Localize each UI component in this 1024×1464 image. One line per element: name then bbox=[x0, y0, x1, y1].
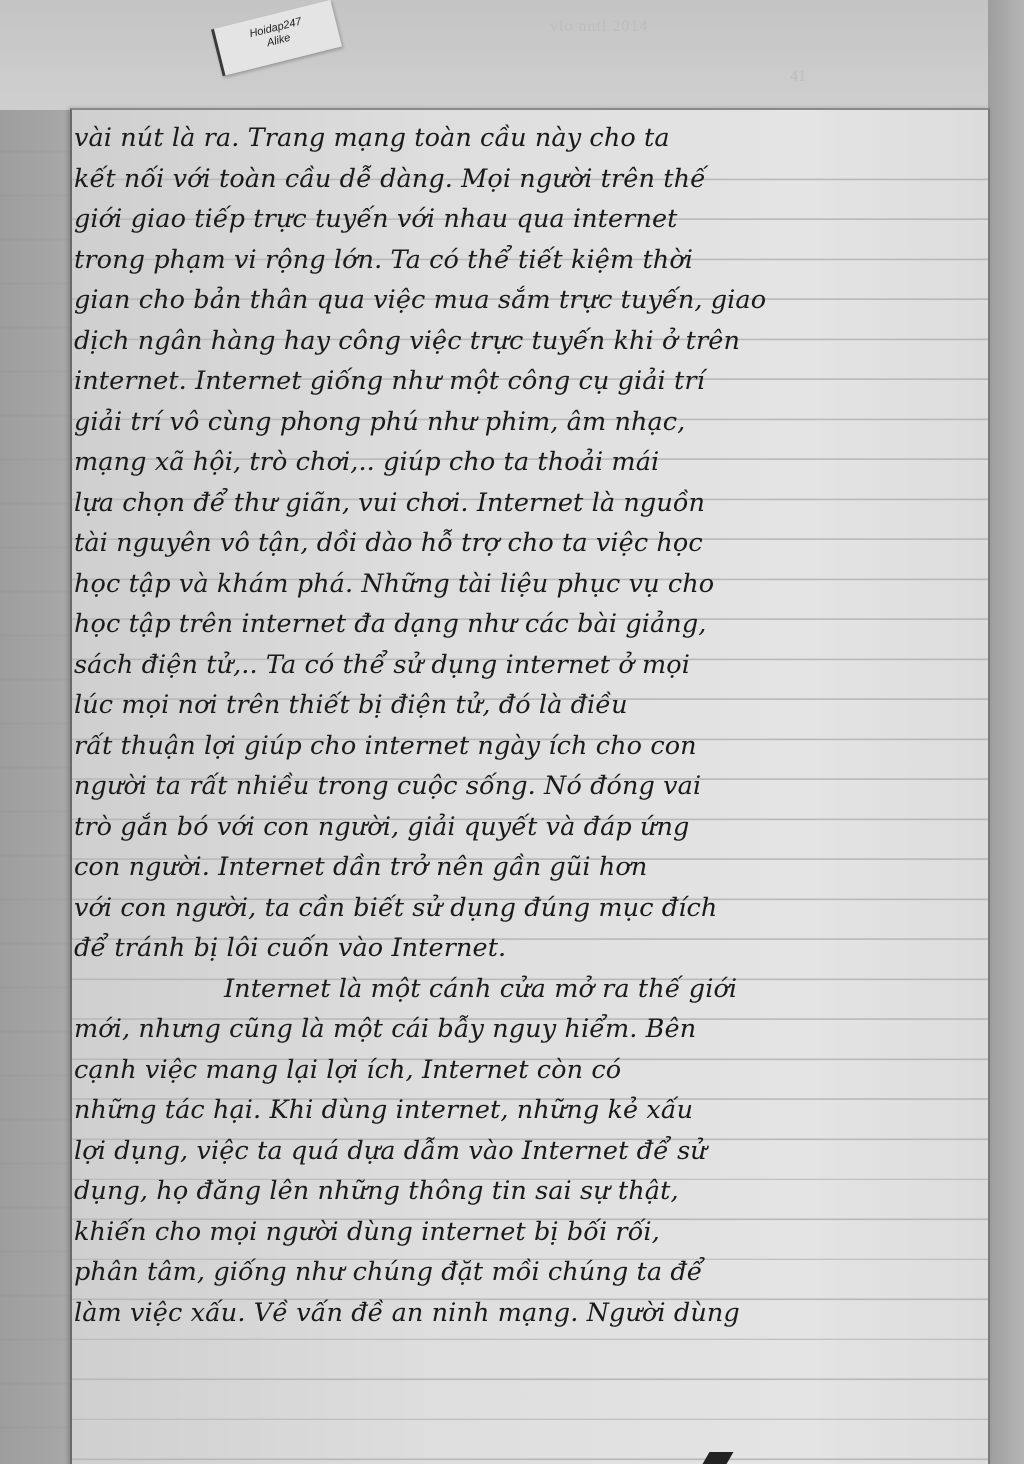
text-line: rất thuận lợi giúp cho internet ngày ích… bbox=[74, 726, 974, 767]
text-line: để tránh bị lôi cuốn vào Internet. bbox=[74, 928, 974, 969]
text-line: lựa chọn để thư giãn, vui chơi. Internet… bbox=[74, 483, 974, 524]
text-line: dịch ngân hàng hay công việc trực tuyến … bbox=[74, 321, 974, 362]
text-line: mạng xã hội, trò chơi,.. giúp cho ta tho… bbox=[74, 442, 974, 483]
handwritten-essay: vài nút là ra. Trang mạng toàn cầu này c… bbox=[74, 118, 974, 1333]
underlying-page: vlo nntl 2014 41 bbox=[0, 0, 1024, 110]
text-line: internet. Internet giống như một công cụ… bbox=[74, 361, 974, 402]
text-line: với con người, ta cần biết sử dụng đúng … bbox=[74, 888, 974, 929]
text-line: cạnh việc mang lại lợi ích, Internet còn… bbox=[74, 1050, 974, 1091]
bleed-through-text: vlo nntl 2014 bbox=[550, 18, 648, 36]
text-line: lúc mọi nơi trên thiết bị điện tử, đó là… bbox=[74, 685, 974, 726]
text-line: trong phạm vi rộng lớn. Ta có thể tiết k… bbox=[74, 240, 974, 281]
previous-page-edge bbox=[0, 110, 72, 1464]
text-line: gian cho bản thân qua việc mua sắm trực … bbox=[74, 280, 974, 321]
text-line: kết nối với toàn cầu dễ dàng. Mọi người … bbox=[74, 159, 974, 200]
next-page-edge bbox=[988, 0, 1024, 1464]
text-line: khiến cho mọi người dùng internet bị bối… bbox=[74, 1212, 974, 1253]
text-line: học tập trên internet đa dạng như các bà… bbox=[74, 604, 974, 645]
text-line: làm việc xấu. Về vấn đề an ninh mạng. Ng… bbox=[74, 1293, 974, 1334]
text-line: sách điện tử,.. Ta có thể sử dụng intern… bbox=[74, 645, 974, 686]
text-line: dụng, họ đăng lên những thông tin sai sự… bbox=[74, 1171, 974, 1212]
text-line: tài nguyên vô tận, dồi dào hỗ trợ cho ta… bbox=[74, 523, 974, 564]
text-line: lợi dụng, việc ta quá dựa dẫm vào Intern… bbox=[74, 1131, 974, 1172]
text-line: giới giao tiếp trực tuyến với nhau qua i… bbox=[74, 199, 974, 240]
bleed-through-number: 41 bbox=[790, 68, 806, 86]
text-line: phân tâm, giống như chúng đặt mồi chúng … bbox=[74, 1252, 974, 1293]
text-line: vài nút là ra. Trang mạng toàn cầu này c… bbox=[74, 118, 974, 159]
text-line: những tác hại. Khi dùng internet, những … bbox=[74, 1090, 974, 1131]
text-line: người ta rất nhiều trong cuộc sống. Nó đ… bbox=[74, 766, 974, 807]
text-line: giải trí vô cùng phong phú như phim, âm … bbox=[74, 402, 974, 443]
paragraph-start-line: Internet là một cánh cửa mở ra thế giới bbox=[74, 969, 974, 1010]
text-line: mới, nhưng cũng là một cái bẫy nguy hiểm… bbox=[74, 1009, 974, 1050]
text-line: trò gắn bó với con người, giải quyết và … bbox=[74, 807, 974, 848]
text-line: học tập và khám phá. Những tài liệu phục… bbox=[74, 564, 974, 605]
text-line: con người. Internet dần trở nên gần gũi … bbox=[74, 847, 974, 888]
